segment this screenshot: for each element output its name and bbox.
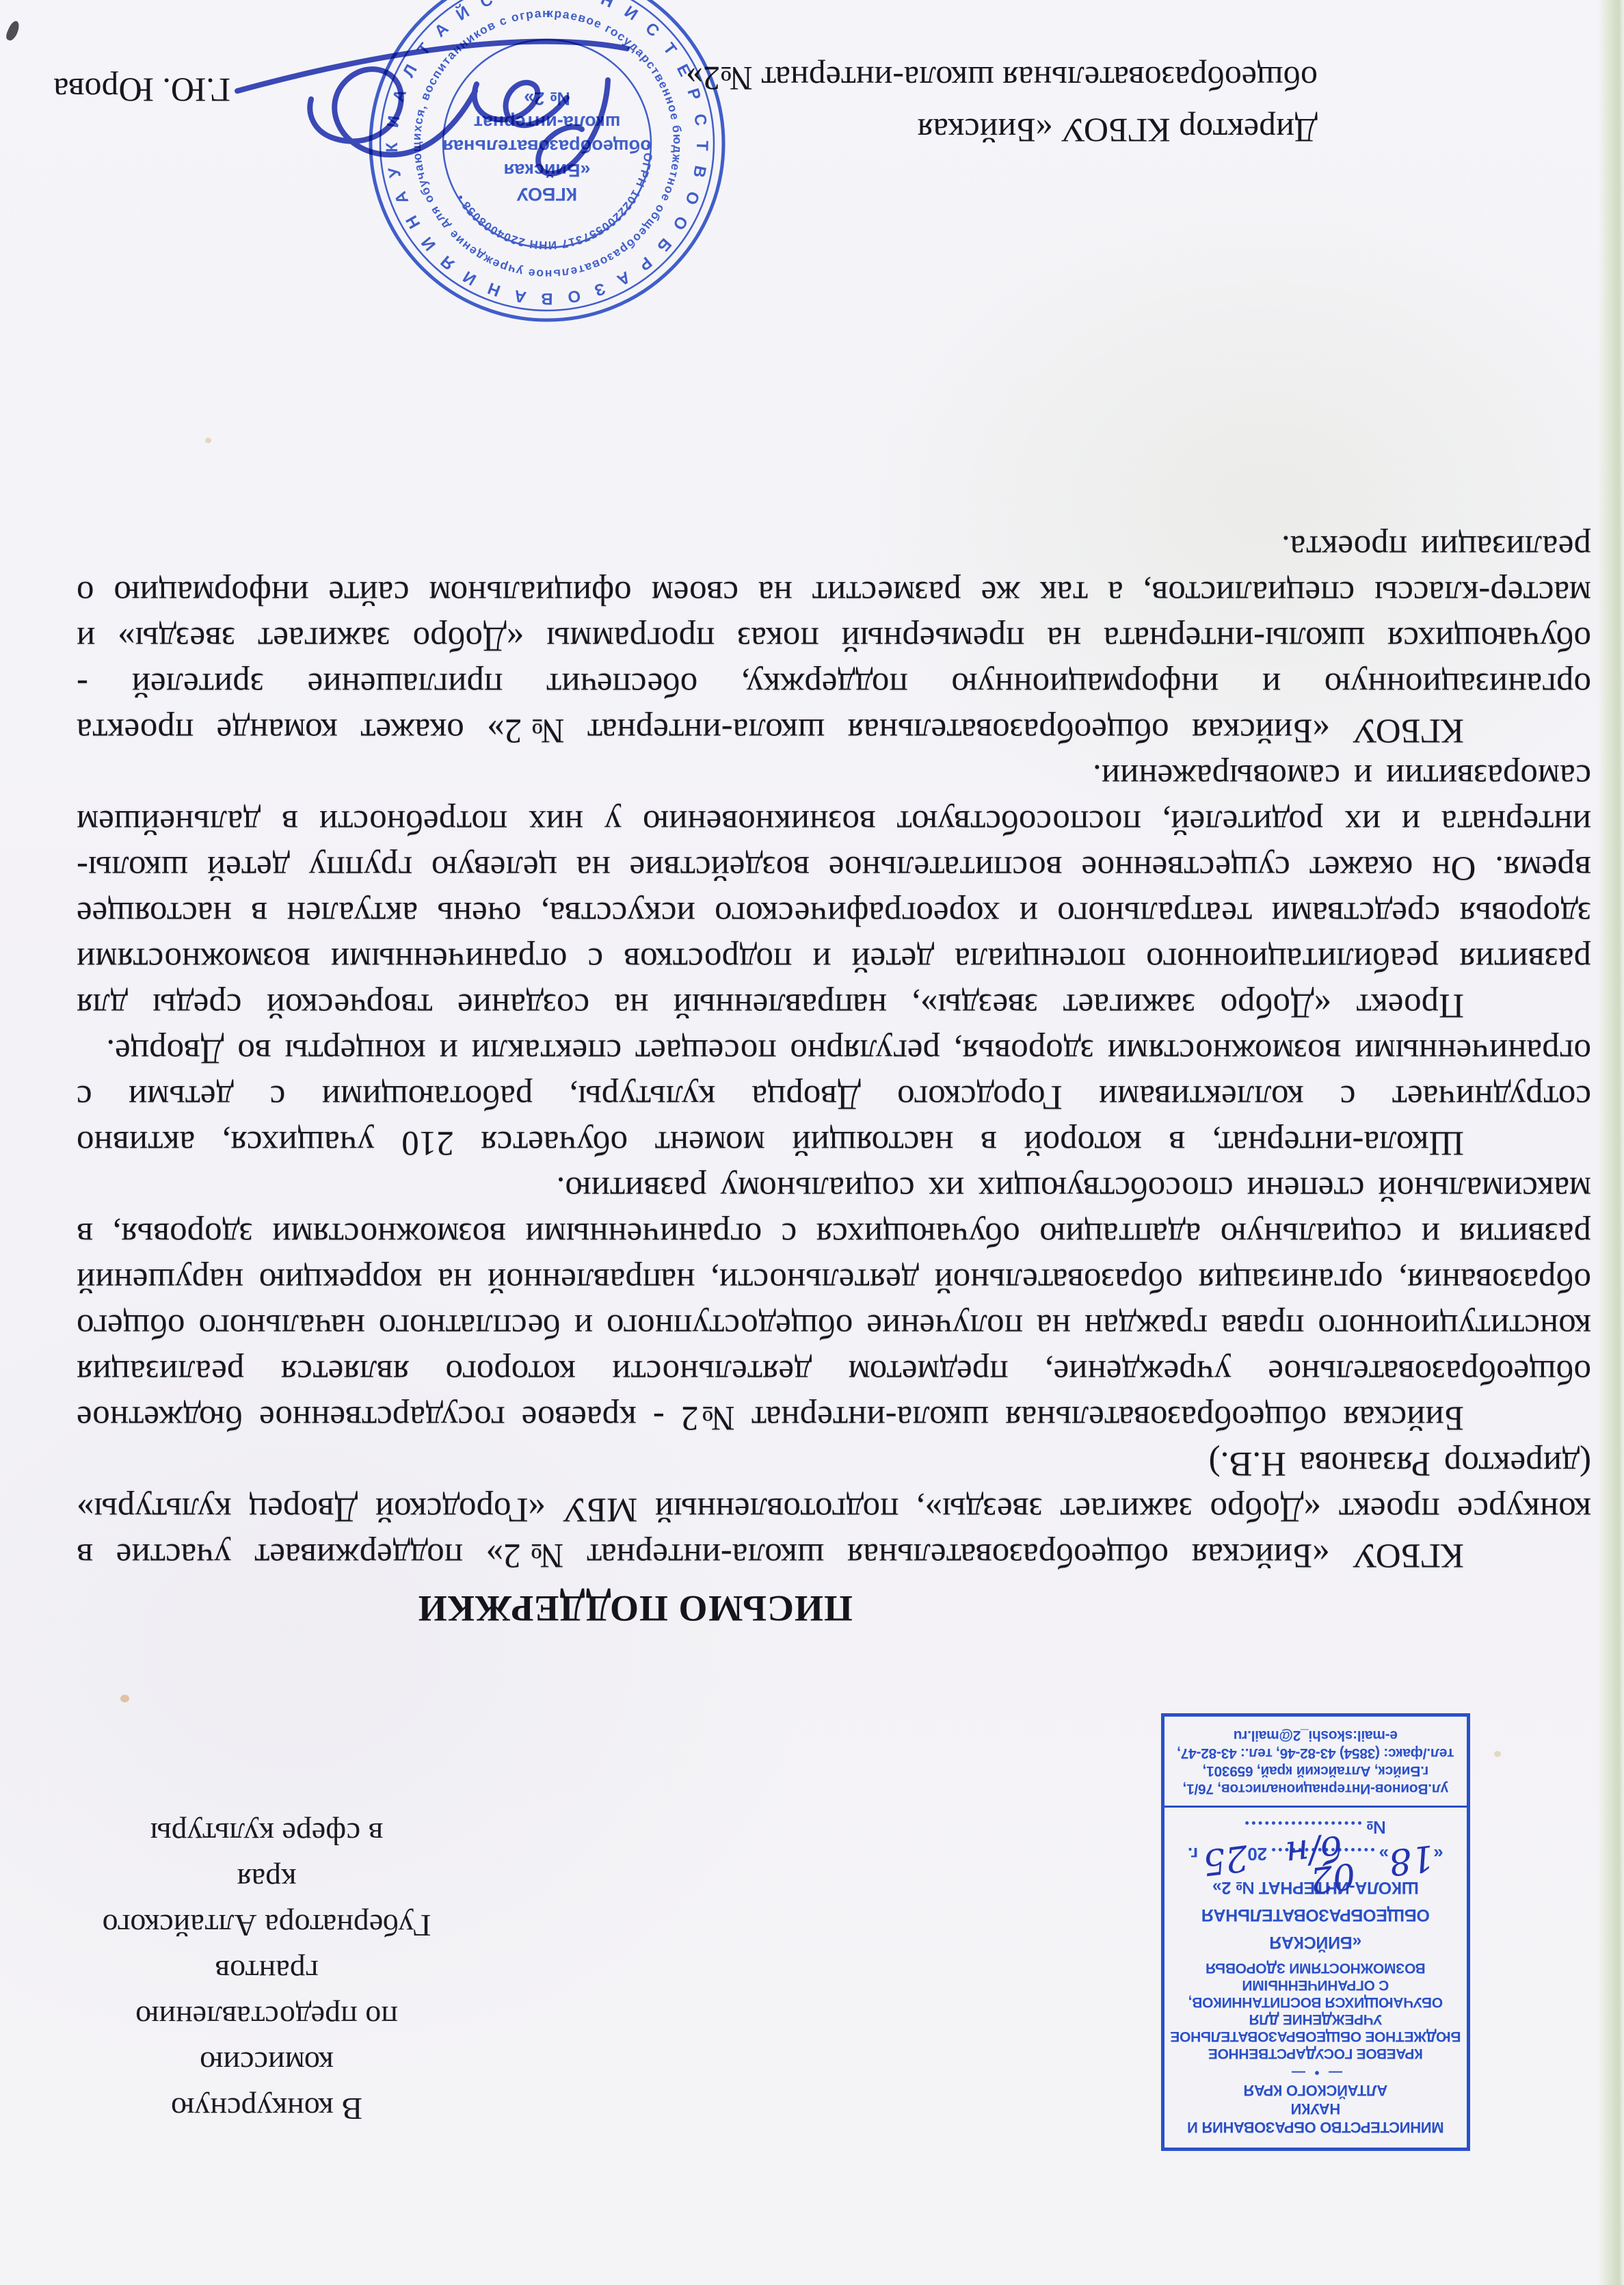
scanner-edge-artifact [1598, 0, 1624, 2285]
seal-center-line: № 2» [524, 88, 570, 109]
upside-down-letter: МИНИСТЕРСТВО ОБРАЗОВАНИЯ И НАУКИ АЛТАЙСК… [0, 0, 1624, 2285]
paragraph: Проект «Добро зажигает звезды», направле… [77, 753, 1591, 1028]
stamp-address-line: e-mail:skoshi_2@mail.ru [1169, 1726, 1463, 1744]
stamp-org-line: БЮДЖЕТНОЕ ОБЩЕОБРАЗОВАТЕЛЬНОЕ [1169, 2028, 1463, 2045]
stamp-divider: — • — [1169, 2065, 1463, 2080]
letter-title: ПИСЬМО ПОДДЕРЖКИ [418, 1587, 853, 1630]
quote-open: « [1434, 1844, 1443, 1864]
addressee-line: В конкурсную комиссию [101, 2040, 433, 2132]
stamp-school-line: ОБЩЕОБРАЗОВАТЕЛЬНАЯ [1169, 1905, 1463, 1925]
scanned-letter-page: МИНИСТЕРСТВО ОБРАЗОВАНИЯ И НАУКИ АЛТАЙСК… [0, 0, 1624, 2285]
signature-position: Директор КГБОУ «Бийская общеобразователь… [686, 53, 1318, 157]
signature-name: Г.Ю. Юрова [53, 70, 230, 110]
stamp-ministry-line: МИНИСТЕРСТВО ОБРАЗОВАНИЯ И НАУКИ [1169, 2100, 1463, 2137]
signature-position-line: общеобразовательная школа-интернат №2» [686, 53, 1318, 105]
scan-speck [205, 438, 211, 443]
paragraph: Бийская общеобразовательная школа-интерн… [77, 1165, 1591, 1440]
stamp-org-line: УЧРЕЖДЕНИЕ ДЛЯ [1169, 2011, 1463, 2028]
seal-center-line: «Бийская [504, 160, 591, 181]
handwritten-year: 25 [1203, 1857, 1247, 1862]
addressee-line: по предоставлению грантов [101, 1949, 433, 2040]
round-seal-stamp: М И Н И С Т Е Р С Т В О О Б Р А З О В А … [366, 0, 728, 325]
stamp-org-line: КРАЕВОЕ ГОСУДАРСТВЕННОЕ [1169, 2045, 1463, 2062]
paragraph: Школа-интернат, в которой в настоящий мо… [77, 1028, 1591, 1165]
handwritten-number: б/н [1286, 1847, 1342, 1854]
stamp-address-line: ул.Воинов-Интернационалистов, 76/1, [1169, 1780, 1463, 1797]
paragraph: КГБОУ «Бийская общеобразовательная школа… [77, 1440, 1591, 1578]
stamp-org-line: ВОЗМОЖНОСТЯМИ ЗДОРОВЬЯ [1169, 1959, 1463, 1977]
number-label: № [1366, 1817, 1386, 1838]
paragraph: КГБОУ «Бийская общеобразовательная школа… [77, 524, 1591, 753]
stamp-org-line: С ОГРАНИЧЕННЫМИ [1169, 1977, 1463, 1994]
addressee-line: в сфере культуры [101, 1811, 433, 1857]
addressee-block: В конкурсную комиссию по предоставлению … [101, 1811, 433, 2132]
seal-center-line: КГБОУ [516, 184, 578, 204]
stamp-address-line: тел./факс: (3854) 43-82-46, тел.: 43-82-… [1169, 1744, 1463, 1762]
seal-center-line: школа-интернат [474, 112, 621, 133]
year-suffix: г. [1188, 1844, 1198, 1864]
scan-speck [1494, 1751, 1501, 1757]
year-printed: 20 [1248, 1844, 1267, 1864]
addressee-line: Губернатора Алтайского края [101, 1857, 433, 1949]
seal-center-line: общеобразовательная [442, 136, 652, 157]
scan-speck [120, 1695, 129, 1702]
signature-position-line: Директор КГБОУ «Бийская [686, 105, 1318, 157]
stamp-org-line: ОБУЧАЮЩИХСЯ ВОСПИТАННИКОВ, [1169, 1994, 1463, 2011]
dotted-number-line: б/н [1245, 1821, 1361, 1841]
corner-stamp: МИНИСТЕРСТВО ОБРАЗОВАНИЯ И НАУКИ АЛТАЙСК… [1161, 1713, 1470, 2151]
handwritten-day: 18 [1389, 1857, 1433, 1862]
stamp-address-line: г.Бийск, Алтайский край, 659301, [1169, 1762, 1463, 1780]
stamp-rule [1164, 1806, 1467, 1808]
stamp-school-line: «БИЙСКАЯ [1169, 1932, 1463, 1953]
handwritten-month: 02 [1311, 1875, 1355, 1880]
letter-body: КГБОУ «Бийская общеобразовательная школа… [77, 524, 1591, 1578]
stamp-ministry-line: АЛТАЙСКОГО КРАЯ [1169, 2081, 1463, 2100]
